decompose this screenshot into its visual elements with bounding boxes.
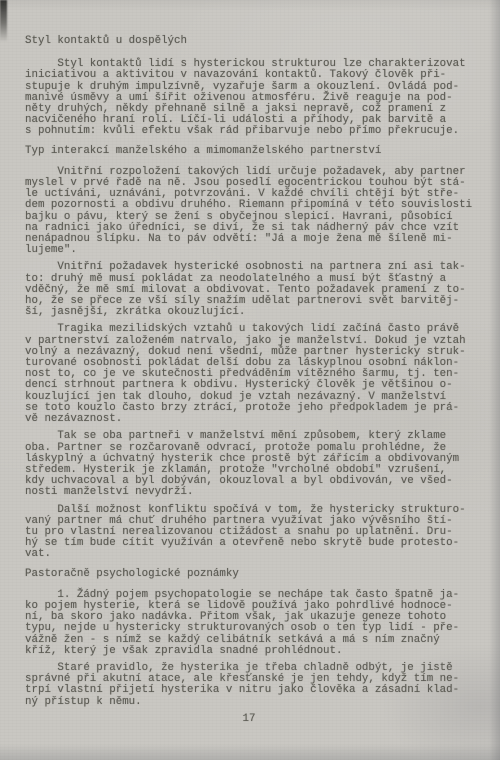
text-line: Vnitřní požadavek hysterické osobnosti n…	[25, 262, 487, 273]
text-line: hý se tím bude cítit využíván a otevřeně…	[25, 538, 487, 549]
paragraph: Styl kontaktů lidí s hysterickou struktu…	[25, 59, 487, 137]
scan-edge-artifact	[0, 0, 7, 42]
section-heading: Typ interakcí manželského a mimomanželsk…	[25, 146, 487, 157]
text-line: typu, nejde u hystericky strukturovaných…	[25, 623, 487, 634]
text-line: lujeme".	[25, 245, 487, 256]
text-line: dencí strhnout partnera k obdivu. Hyster…	[25, 380, 487, 391]
text-line: Tragika mezilidských vztahů u takových l…	[25, 324, 487, 335]
scanned-document-page: Styl kontaktů u dospělých Styl kontaktů …	[0, 0, 500, 760]
text-line: Tak se oba partneři v manželství mění zp…	[25, 431, 487, 442]
text-line: trpí vlastní přijetí hysterika v nitru j…	[25, 685, 487, 696]
paragraph: Tragika mezilidských vztahů u takových l…	[25, 324, 487, 425]
text-line: vě nezávaznost.	[25, 414, 487, 425]
text-line: nenápadnou slípku. Na to páv odvětí: "Já…	[25, 234, 487, 245]
paragraph: Vnitřní požadavek hysterické osobnosti n…	[25, 262, 487, 318]
document-body: Styl kontaktů u dospělých Styl kontaktů …	[25, 36, 487, 725]
text-line: dem pozornosti a obdivu druhého. Riemann…	[25, 200, 487, 211]
text-line: kříž, který je však zpravidla snadné pro…	[25, 646, 487, 657]
paragraph: Staré pravidlo, že hysterika je třeba ch…	[25, 663, 487, 708]
page-number: 17	[25, 714, 487, 725]
text-line: ší, jasnější, zkrátka okouzlující.	[25, 307, 487, 318]
text-line: vat.	[25, 549, 487, 560]
paragraph: Další možnost konfliktu spočívá v tom, ž…	[25, 505, 487, 561]
text-line: nosti manželství nevydrží.	[25, 487, 487, 498]
text-line: iniciativou a aktivitou v navazování kon…	[25, 70, 487, 81]
paragraph: 1. Žádný pojem psychopatologie se necháp…	[25, 590, 487, 657]
section-heading: Styl kontaktů u dospělých	[25, 36, 487, 47]
paragraph: Vnitřní rozpoložení takových lidí určuje…	[25, 167, 487, 257]
text-line: ný přístup k němu.	[25, 697, 487, 708]
text-line: s pohnutím: kvůli efektu však rád přibar…	[25, 126, 487, 137]
paragraph: Tak se oba partneři v manželství mění zp…	[25, 431, 487, 498]
section-heading: Pastoračně psychologické poznámky	[25, 569, 487, 580]
